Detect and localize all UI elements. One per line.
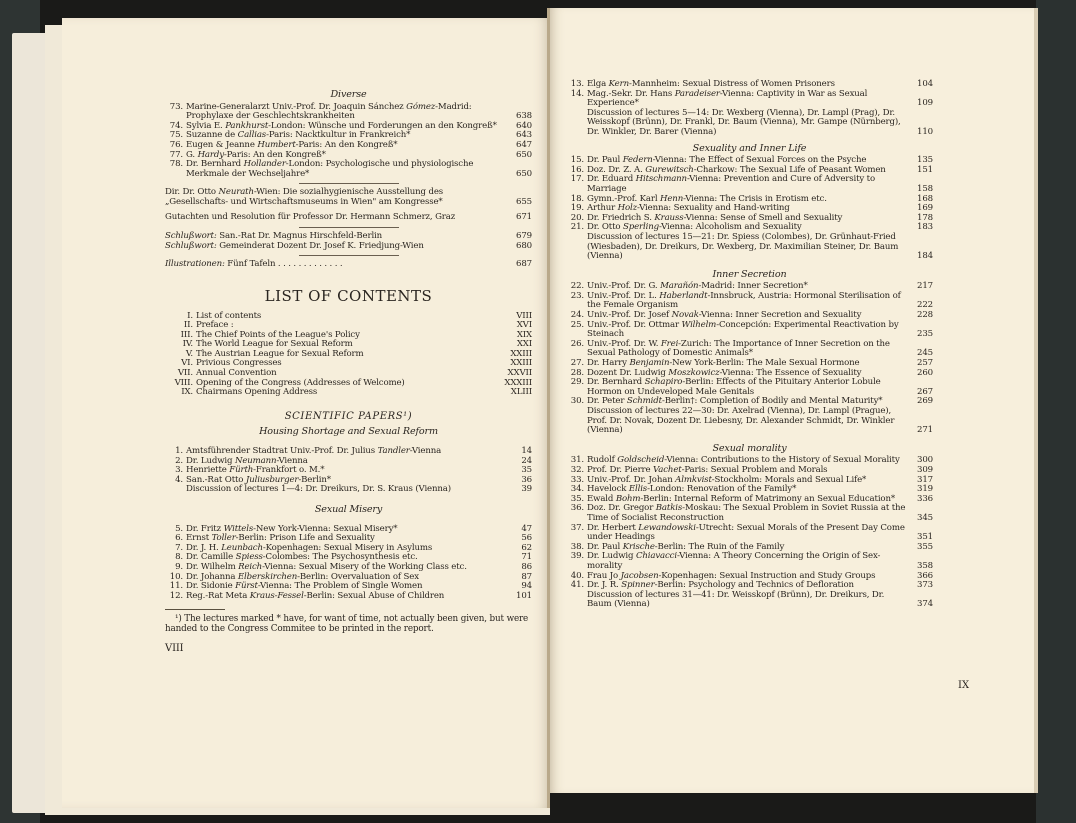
entry-title: -Vienna: Alcoholism and Sexuality xyxy=(659,222,802,232)
page-number: 336 xyxy=(917,495,933,505)
entry-text: Dr. Ludwig Chiavacci-Vienna: A Theory Co… xyxy=(587,552,933,571)
entry-prefix: Rudolf xyxy=(587,455,617,465)
section-heading-diverse: Diverse xyxy=(165,90,532,100)
closing-word-entry: Schlußwort: Gemeinderat Dozent Dr. Josef… xyxy=(165,242,532,252)
entry-prefix: Henriette xyxy=(186,465,229,475)
toc-entry: 12.Reg.-Rat Meta Kraus-Fessel-Berlin: Se… xyxy=(165,592,532,602)
entry-text: Mag.-Sekr. Dr. Hans Paradeiser-Vienna: C… xyxy=(587,90,933,109)
entry-author: Toller xyxy=(212,533,236,543)
entry-author: Wittels xyxy=(224,524,254,534)
entry-number: 14. xyxy=(566,90,587,109)
entry-prefix: Eugen & Jeanne xyxy=(186,140,257,150)
page-number: 269 xyxy=(917,397,933,407)
page-number: 271 xyxy=(917,426,933,436)
entry-prefix: Doz. Dr. Z. A. xyxy=(587,165,645,175)
inner-secretion-list: 22.Univ.-Prof. Dr. G. Marañón-Madrid: In… xyxy=(566,282,933,407)
entry-title: -Berlin: Internal Reform of Matrimony an… xyxy=(640,494,895,504)
entry-prefix: Dr. Eduard xyxy=(587,174,636,184)
section-heading-inner-life: Sexuality and Inner Life xyxy=(566,144,933,154)
closing-text: Gemeinderat Dozent Dr. Josef K. Friedjun… xyxy=(219,241,424,251)
entry-prefix: Dr. J. H. xyxy=(186,543,221,553)
entry-author: Frei xyxy=(661,339,678,349)
entry-title: -Vienna: The Crisis in Erotism etc. xyxy=(683,194,827,204)
entry-author: Elberskirchen xyxy=(238,572,297,582)
scientific-papers-title: SCIENTIFIC PAPERS¹) xyxy=(165,412,532,422)
toc-entry: 29.Dr. Bernhard Schapiro-Berlin: Effects… xyxy=(566,378,933,397)
page-number: 260 xyxy=(917,369,933,379)
entry-author: Hitschmann xyxy=(636,174,687,184)
entry-prefix: Ewald xyxy=(587,494,616,504)
entry-prefix: Havelock xyxy=(587,484,629,494)
page-number: 680 xyxy=(516,242,532,252)
entry-author: Krauss xyxy=(654,213,683,223)
entry-title: -Vienna: Contributions to the History of… xyxy=(664,455,899,465)
page-number: 650 xyxy=(516,170,532,180)
entry-prefix: Univ.-Prof. Dr. G. xyxy=(587,281,660,291)
entry-title: -Berlin: Psychology and Technics of Defl… xyxy=(655,580,854,590)
entry-author: Sperling xyxy=(623,222,659,232)
page-number: 39 xyxy=(521,485,532,495)
page-number: 101 xyxy=(516,592,532,602)
toc-entry: Gutachten und Resolution für Professor D… xyxy=(165,213,532,223)
entry-prefix: Ernst xyxy=(186,533,212,543)
closing-label: Schlußwort: xyxy=(165,231,217,241)
entry-author: Fürst xyxy=(235,581,258,591)
entry-prefix: Dr. Ludwig xyxy=(186,456,235,466)
entry-prefix: Prof. Dr. Pierre xyxy=(587,465,653,475)
entry-author: Goldscheid xyxy=(617,455,664,465)
entry-title: -Vienna: Sexuality and Hand-writing xyxy=(637,203,790,213)
entry-text: Schlußwort: Gemeinderat Dozent Dr. Josef… xyxy=(165,242,532,252)
entry-prefix: Dr. Herbert xyxy=(587,523,638,533)
toc-entry: 17.Dr. Eduard Hitschmann-Vienna: Prevent… xyxy=(566,175,933,194)
entry-title: -Berlin: Sexual Abuse of Children xyxy=(304,591,444,601)
entry-number: 30. xyxy=(566,397,587,407)
divider xyxy=(299,183,399,184)
entry-prefix: Frau Jo xyxy=(587,571,621,581)
entry-title: -Paris: Nacktkultur in Frankreich* xyxy=(266,130,410,140)
page-number: 109 xyxy=(917,99,933,109)
page-number: 183 xyxy=(917,223,933,233)
divider xyxy=(299,255,399,256)
entry-prefix: Univ.-Prof. Dr. Johan xyxy=(587,475,675,485)
entry-number: 21. xyxy=(566,223,587,233)
section-heading-inner-secretion: Inner Secretion xyxy=(566,270,933,280)
entry-title: -Kopenhagen: Sexual Misery in Asylums xyxy=(263,543,432,553)
toc-entry: 36.Doz. Dr. Gregor Batkis-Moskau: The Se… xyxy=(566,504,933,523)
entry-text: Dr. Bernhard Schapiro-Berlin: Effects of… xyxy=(587,378,933,397)
entry-author: Henn xyxy=(660,194,683,204)
entry-title: -Madrid: Inner Secretion* xyxy=(698,281,807,291)
entry-number: 39. xyxy=(566,552,587,571)
entry-author: Leunbach xyxy=(221,543,263,553)
entry-title: -Berlin: Prison Life and Sexuality xyxy=(236,533,375,543)
entry-prefix: Dr. Johanna xyxy=(186,572,238,582)
entry-title: -Paris: An den Kongreß* xyxy=(296,140,398,150)
entry-prefix: Dir. Dr. Otto xyxy=(165,187,219,197)
entry-prefix: Marine-Generalarzt Univ.-Prof. Dr. Joaqu… xyxy=(186,102,406,112)
entry-title: -Vienna: The Essence of Sexuality xyxy=(720,368,862,378)
toc-entry: 78.Dr. Bernhard Hollander-London: Psycho… xyxy=(165,160,532,179)
page-number: 184 xyxy=(917,252,933,262)
entry-prefix: Dr. Harry xyxy=(587,358,629,368)
footnote-rule xyxy=(165,609,225,610)
entry-author: Schmidt xyxy=(627,396,662,406)
entry-number: 41. xyxy=(566,581,587,591)
entry-title: -Berlin: Overvaluation of Sex xyxy=(297,572,419,582)
entry-prefix: Gymn.-Prof. Karl xyxy=(587,194,660,204)
entry-title: -Charkow: The Sexual Life of Peasant Wom… xyxy=(694,165,886,175)
page-number: XLIII xyxy=(511,388,532,398)
page-number: 671 xyxy=(516,213,532,223)
entry-text: Dr. Bernhard Hollander-London: Psycholog… xyxy=(186,160,532,179)
entry-prefix: Mag.-Sekr. Dr. Hans xyxy=(587,89,675,99)
entry-author: Spiess xyxy=(236,552,263,562)
entry-author: Hardy xyxy=(198,150,224,160)
entry-author: Novak xyxy=(672,310,699,320)
entry-text: Gutachten und Resolution für Professor D… xyxy=(165,213,532,223)
entry-number: 23. xyxy=(566,292,587,311)
entry-author: Vachet xyxy=(653,465,682,475)
discussion-entry: Discussion of lectures 5—14: Dr. Wexberg… xyxy=(566,109,933,138)
closing-words-list: Schlußwort: San.-Rat Dr. Magnus Hirschfe… xyxy=(165,232,532,251)
entry-author: Federn xyxy=(623,155,653,165)
page-folio-left: VIII xyxy=(165,644,532,654)
left-page-content: Diverse 73.Marine-Generalarzt Univ.-Prof… xyxy=(165,87,532,654)
entry-prefix: Amtsführender Stadtrat Univ.-Prof. Dr. J… xyxy=(186,446,378,456)
page-number: 345 xyxy=(917,514,933,524)
entry-author: Chiavacci xyxy=(636,551,677,561)
entry-prefix: Dr. J. R. xyxy=(587,580,621,590)
entry-title: -Berlin†: Completion of Bodily and Menta… xyxy=(662,396,883,406)
footnote: ¹) The lectures marked * have, for want … xyxy=(165,614,532,634)
entry-prefix: Dozent Dr. Ludwig xyxy=(587,368,668,378)
entry-number: 12. xyxy=(165,592,186,602)
page-number: 374 xyxy=(917,600,933,610)
page-number: 650 xyxy=(516,151,532,161)
entry-author: Schapiro xyxy=(645,377,683,387)
entry-text: Doz. Dr. Gregor Batkis-Moskau: The Sexua… xyxy=(587,504,933,523)
list-of-contents-title: LIST OF CONTENTS xyxy=(165,292,532,302)
page-number: 235 xyxy=(917,330,933,340)
entry-author: Paradeiser xyxy=(675,89,720,99)
toc-entry: 25.Univ.-Prof. Dr. Ottmar Wilhelm-Concep… xyxy=(566,321,933,340)
right-page-content: 13.Elga Kern-Mannheim: Sexual Distress o… xyxy=(566,80,933,610)
entry-author: Krische xyxy=(623,542,655,552)
entry-author: Wilhelm xyxy=(682,320,717,330)
entry-author: Spinner xyxy=(621,580,654,590)
entry-number: 73. xyxy=(165,103,186,122)
entry-author: Reich xyxy=(238,562,262,572)
entry-author: Marañón xyxy=(660,281,698,291)
entry-number: 26. xyxy=(566,340,587,359)
discussion-entry: Discussion of lectures 1—4: Dr. Dreikurs… xyxy=(165,485,532,495)
inner-life-list: 15.Dr. Paul Federn-Vienna: The Effect of… xyxy=(566,156,933,233)
entry-author: Hollander xyxy=(244,159,286,169)
entry-text: Univ.-Prof. Dr. Ottmar Wilhelm-Concepció… xyxy=(587,321,933,340)
entry-author: Benjamin xyxy=(629,358,669,368)
entry-text: Univ.-Prof. Dr. W. Frei-Zurich: The Impo… xyxy=(587,340,933,359)
entry-title: -Kopenhagen: Sexual Instruction and Stud… xyxy=(659,571,876,581)
entry-prefix: Univ.-Prof. Dr. W. xyxy=(587,339,661,349)
contents-item-text: List of contents xyxy=(196,312,532,322)
entry-text: Univ.-Prof. Dr. L. Haberlandt-Innsbruck,… xyxy=(587,292,933,311)
entry-prefix: Dr. Peter xyxy=(587,396,627,406)
entry-prefix: Dr. Wilhelm xyxy=(186,562,238,572)
page-number: 355 xyxy=(917,543,933,553)
entry-title: -New York-Berlin: The Male Sexual Hormon… xyxy=(669,358,859,368)
entry-title: -Paris: Sexual Problem and Morals xyxy=(682,465,828,475)
entry-author: Neumann xyxy=(235,456,276,466)
closing-text: San.-Rat Dr. Magnus Hirschfeld-Berlin xyxy=(219,231,382,241)
entry-author: Kern xyxy=(609,79,629,89)
entry-prefix: Dr. Sidonie xyxy=(186,581,235,591)
entry-author: Holz xyxy=(618,203,637,213)
entry-title: -Berlin: The Ruin of the Family xyxy=(655,542,784,552)
entry-title: -Vienna: Sense of Smell and Sexuality xyxy=(683,213,842,223)
illustrations-label: Illustrationen: xyxy=(165,259,225,269)
entry-author: Kraus-Fessel xyxy=(250,591,304,601)
contents-item: IX.Chairmans Opening AddressXLIII xyxy=(165,388,532,398)
page-number: 687 xyxy=(516,260,532,270)
entry-title: -Vienna: The Effect of Sexual Forces on … xyxy=(653,155,867,165)
entry-author: Lewandowski xyxy=(638,523,696,533)
entry-title: -Vienna: Sexual Misery of the Working Cl… xyxy=(262,562,467,572)
entry-title: -London: Wünsche und Forderungen an den … xyxy=(268,121,497,131)
entry-prefix: Univ.-Prof. Dr. Ottmar xyxy=(587,320,682,330)
entry-author: Callias xyxy=(238,130,266,140)
entry-author: Gurewitsch xyxy=(645,165,693,175)
page-number: 110 xyxy=(917,128,933,138)
page-number: 151 xyxy=(917,166,933,176)
entry-number: 36. xyxy=(566,504,587,523)
entry-number: 78. xyxy=(165,160,186,179)
page-number: 217 xyxy=(917,282,933,292)
list-of-contents: I.List of contentsVIIIII.Preface :XVIIII… xyxy=(165,312,532,398)
scan-background-right xyxy=(1036,0,1076,823)
closing-label: Schlußwort: xyxy=(165,241,217,251)
entry-title: -Frankfort o. M.* xyxy=(253,465,324,475)
entry-author: Tandler xyxy=(378,446,410,456)
housing-list: 1.Amtsführender Stadtrat Univ.-Prof. Dr.… xyxy=(165,447,532,485)
entry-title: -Vienna: Inner Secretion and Sexuality xyxy=(699,310,861,320)
contents-item-text: Chairmans Opening Address xyxy=(196,388,532,398)
page-number: 228 xyxy=(917,311,933,321)
entry-author: Neurath xyxy=(219,187,254,197)
entry-text: Dr. Eduard Hitschmann-Vienna: Prevention… xyxy=(587,175,933,194)
entry-title: -Paris: An den Kongreß* xyxy=(224,150,326,160)
entry-author: Haberlandt xyxy=(659,291,707,301)
divider xyxy=(299,227,399,228)
diverse-list: 73.Marine-Generalarzt Univ.-Prof. Dr. Jo… xyxy=(165,103,532,180)
entry-prefix: Dr. Paul xyxy=(587,155,623,165)
entry-author: Ellis xyxy=(629,484,647,494)
page-number: 373 xyxy=(917,581,933,591)
entry-title: -New York-Vienna: Sexual Misery* xyxy=(253,524,397,534)
page-number: 655 xyxy=(516,198,532,208)
misery-continued-list: 13.Elga Kern-Mannheim: Sexual Distress o… xyxy=(566,80,933,109)
misery-list: 5.Dr. Fritz Wittels-New York-Vienna: Sex… xyxy=(165,525,532,602)
entry-author: Humbert xyxy=(257,140,295,150)
entry-author: Moszkowicz xyxy=(668,368,719,378)
discussion-entry: Discussion of lectures 31—41: Dr. Weissk… xyxy=(566,591,933,610)
section-heading-morality: Sexual morality xyxy=(566,444,933,454)
entry-title: -Vienna xyxy=(410,446,441,456)
entry-prefix: G. xyxy=(186,150,198,160)
toc-entry: 39.Dr. Ludwig Chiavacci-Vienna: A Theory… xyxy=(566,552,933,571)
diverse-extra-list: Dir. Dr. Otto Neurath-Wien: Die sozialhy… xyxy=(165,188,532,222)
entry-number: 17. xyxy=(566,175,587,194)
toc-entry: 14.Mag.-Sekr. Dr. Hans Paradeiser-Vienna… xyxy=(566,90,933,109)
entry-prefix: Dr. Bernhard xyxy=(587,377,645,387)
entry-author: Almkvist xyxy=(675,475,712,485)
entry-text: Dir. Dr. Otto Neurath-Wien: Die sozialhy… xyxy=(165,188,532,207)
entry-prefix: Univ.-Prof. Dr. L. xyxy=(587,291,659,301)
morality-list: 31.Rudolf Goldscheid-Vienna: Contributio… xyxy=(566,456,933,590)
entry-title: -Vienna: The Problem of Single Women xyxy=(258,581,422,591)
entry-author: Jacobsen xyxy=(621,571,659,581)
page-folio-right: IX xyxy=(958,680,969,691)
entry-title: -Vienna xyxy=(276,456,307,466)
entry-author: Fürth xyxy=(229,465,253,475)
toc-entry: 26.Univ.-Prof. Dr. W. Frei-Zurich: The I… xyxy=(566,340,933,359)
entry-prefix: Dr. Fritz xyxy=(186,524,224,534)
entry-prefix: Dr. Camille xyxy=(186,552,236,562)
book-gutter xyxy=(547,8,550,808)
entry-prefix: Doz. Dr. Gregor xyxy=(587,503,656,513)
illustrations-text: Fünf Tafeln xyxy=(227,259,275,269)
illustrations-entry: Illustrationen: Fünf Tafeln . . . . . . … xyxy=(165,260,532,270)
toc-entry: 73.Marine-Generalarzt Univ.-Prof. Dr. Jo… xyxy=(165,103,532,122)
entry-author: Gómez xyxy=(406,102,435,112)
entry-number: 29. xyxy=(566,378,587,397)
entry-prefix: Dr. Otto xyxy=(587,222,623,232)
entry-prefix: Suzanne de xyxy=(186,130,238,140)
entry-prefix: Dr. Ludwig xyxy=(587,551,636,561)
entry-text: Reg.-Rat Meta Kraus-Fessel-Berlin: Sexua… xyxy=(186,592,532,602)
roman-numeral: IX. xyxy=(165,388,196,398)
entry-prefix: Gutachten und Resolution für Professor D… xyxy=(165,212,455,222)
entry-author: Bohm xyxy=(616,494,641,504)
entry-prefix: Dr. Paul xyxy=(587,542,623,552)
entry-number: 25. xyxy=(566,321,587,340)
entry-title: -Colombes: The Psychosynthesis etc. xyxy=(263,552,418,562)
discussion-entry: Discussion of lectures 15—21: Dr. Spiess… xyxy=(566,233,933,262)
entry-title: -London: Renovation of the Family* xyxy=(647,484,796,494)
section-heading-misery: Sexual Misery xyxy=(165,505,532,515)
discussion-entry: Discussion of lectures 22—30: Dr. Axelra… xyxy=(566,407,933,436)
entry-number: 4. xyxy=(165,476,186,486)
entry-prefix: Dr. Bernhard xyxy=(186,159,244,169)
toc-entry: 23.Univ.-Prof. Dr. L. Haberlandt-Innsbru… xyxy=(566,292,933,311)
entry-author: Batkis xyxy=(656,503,682,513)
entry-text: Dr. Herbert Lewandowski-Utrecht: Sexual … xyxy=(587,524,933,543)
entry-prefix: Univ.-Prof. Dr. Josef xyxy=(587,310,672,320)
entry-prefix: Reg.-Rat Meta xyxy=(186,591,250,601)
entry-prefix: Arthur xyxy=(587,203,618,213)
page-number: 104 xyxy=(917,80,933,90)
entry-author: Pankhurst xyxy=(225,121,268,131)
toc-entry: 37.Dr. Herbert Lewandowski-Utrecht: Sexu… xyxy=(566,524,933,543)
entry-number: 37. xyxy=(566,524,587,543)
toc-entry: Dir. Dr. Otto Neurath-Wien: Die sozialhy… xyxy=(165,188,532,207)
entry-text: Marine-Generalarzt Univ.-Prof. Dr. Joaqu… xyxy=(186,103,532,122)
entry-prefix: Elga xyxy=(587,79,609,89)
entry-prefix: Dr. Friedrich S. xyxy=(587,213,654,223)
entry-title: -Mannheim: Sexual Distress of Women Pris… xyxy=(629,79,835,89)
entry-title: -Stockholm: Morals and Sexual Life* xyxy=(712,475,866,485)
entry-prefix: Sylvia E. xyxy=(186,121,225,131)
section-heading-housing: Housing Shortage and Sexual Reform xyxy=(165,427,532,437)
